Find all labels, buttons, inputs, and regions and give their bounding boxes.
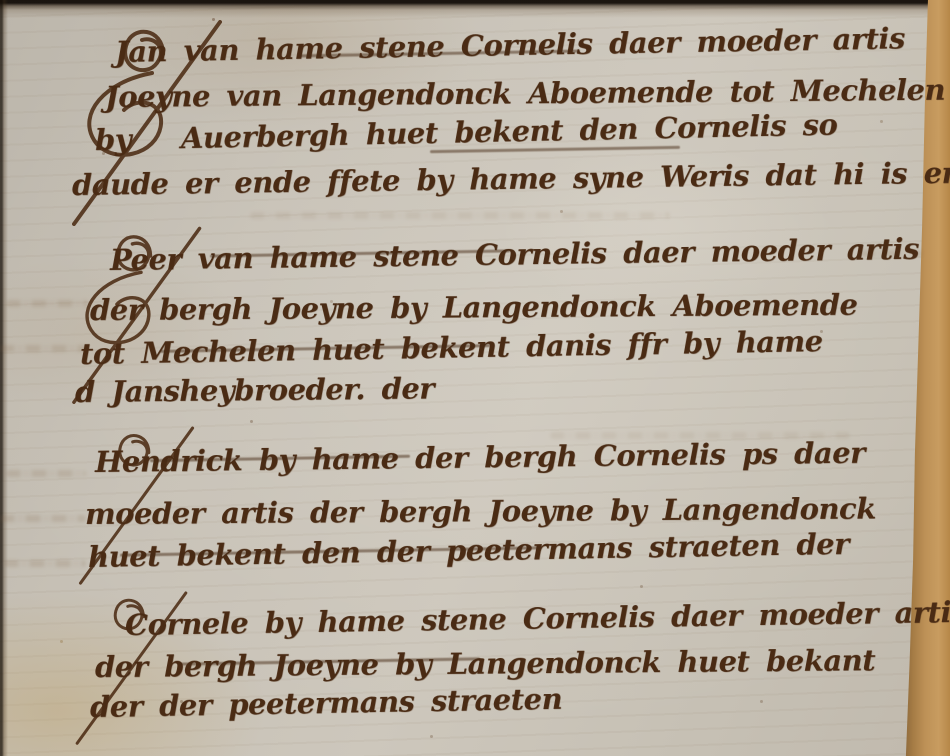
manuscript-line: moeder artis der bergh Joeyne by Langend… xyxy=(85,491,876,531)
manuscript-line: der der peetermans straeten xyxy=(90,682,563,724)
manuscript-paragraph: Hendrick by hame der bergh Cornelis ps d… xyxy=(50,425,930,585)
paper-specks xyxy=(0,0,3,3)
manuscript-line: Jan van hame stene Cornelis daer moeder … xyxy=(115,21,905,69)
manuscript-line: Cornele by hame stene Cornelis daer moed… xyxy=(125,595,950,642)
manuscript-line: d Jansheybroeder. der xyxy=(75,371,434,409)
manuscript-paragraph: Cornele by hame stene Cornelis daer moed… xyxy=(45,590,925,740)
manuscript-paragraph: Peer van hame stene Cornelis daer moeder… xyxy=(50,225,930,415)
manuscript-paragraph: Jan van hame stene Cornelis daer moeder … xyxy=(60,18,940,228)
page-top-shadow xyxy=(0,0,950,18)
manuscript-photo: Jan van hame stene Cornelis daer moeder … xyxy=(0,0,950,756)
page-left-shadow xyxy=(0,0,8,756)
manuscript-line: der bergh Joeyne by Langendonck Aboemend… xyxy=(90,288,858,327)
